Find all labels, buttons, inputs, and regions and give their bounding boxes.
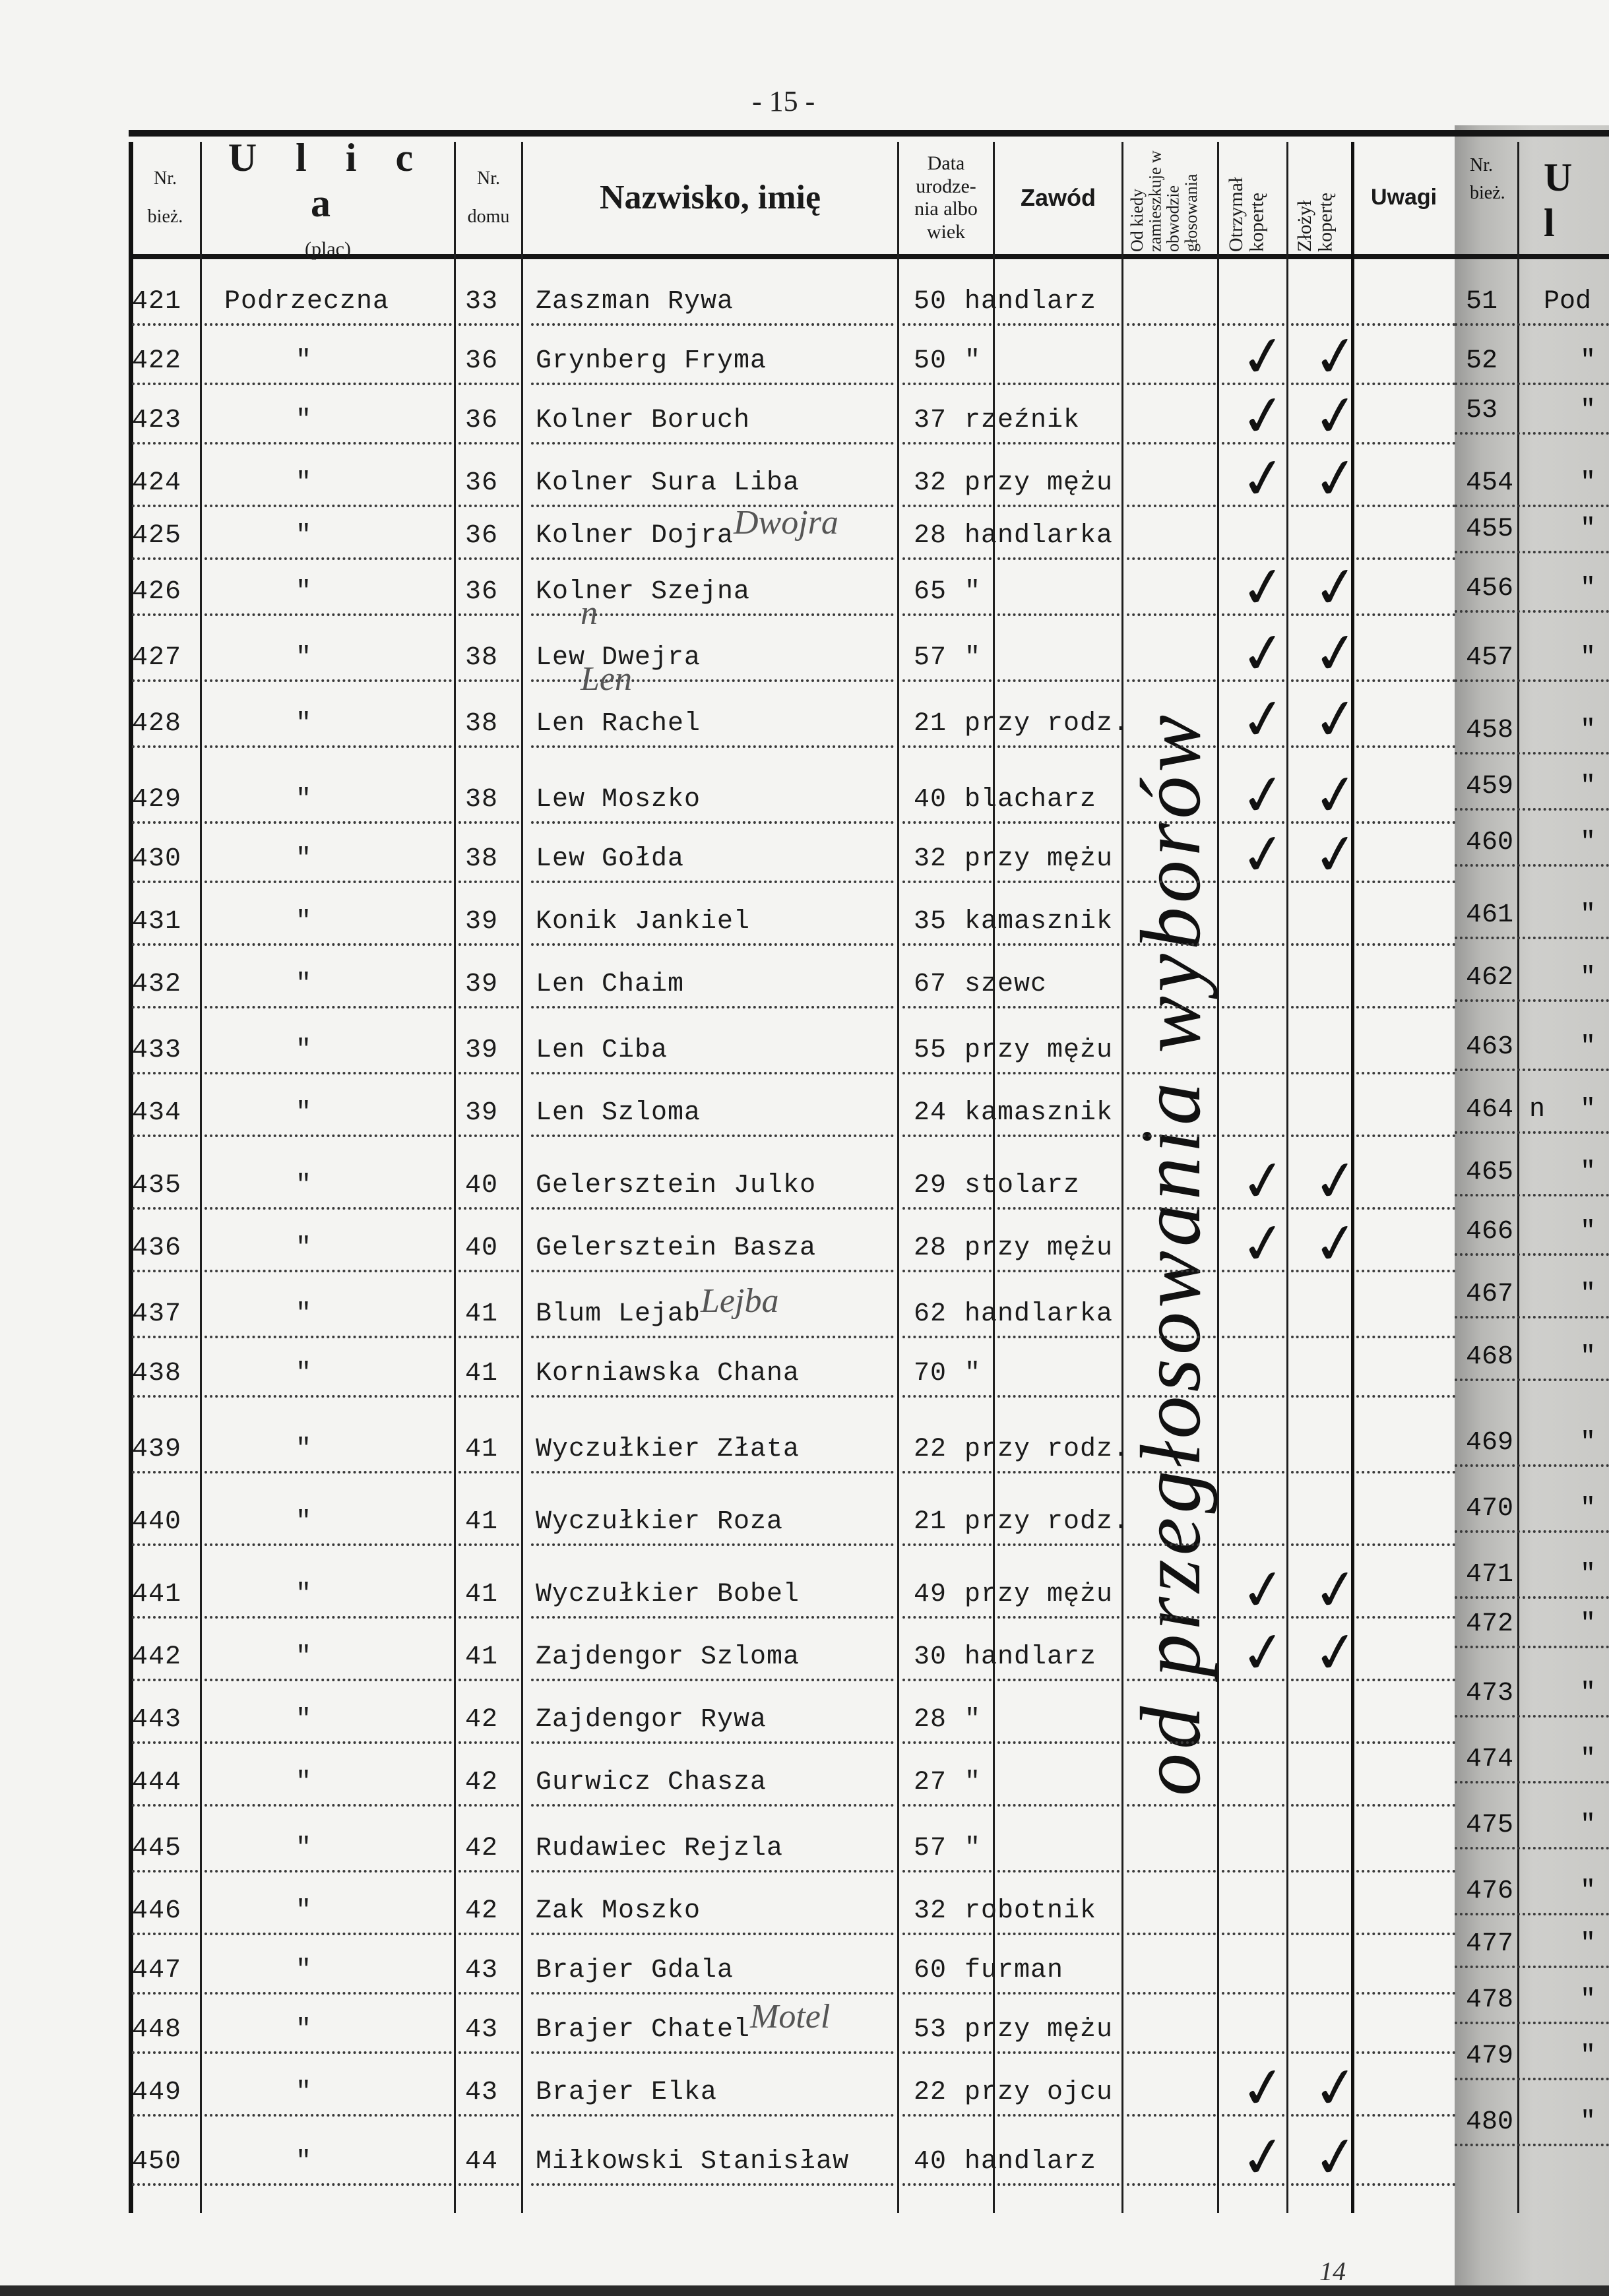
age: 65 [914,577,947,607]
row-separator [1127,881,1216,883]
row-number: 442 [132,1642,181,1672]
adjacent-row-number: 473 [1466,1679,1513,1708]
adjacent-ditto-mark: " [1580,2107,1596,2137]
row-separator [1291,1134,1349,1137]
occupation: handlarka [964,1299,1113,1329]
adjacent-row-number: 480 [1466,2107,1513,2137]
header-otrzymal: Otrzymał kopertę [1226,144,1278,252]
adjacent-row-separator [1455,1847,1609,1849]
row-separator [1127,1679,1216,1681]
row-separator [1127,442,1216,445]
row-separator [132,679,198,682]
submitted-envelope-check-icon: ✓ [1309,819,1364,890]
row-separator [1291,2183,1349,2186]
row-separator [205,2114,452,2117]
table-row: 447"43Brajer Gdala60furman [0,1979,1609,1979]
occupation: przy rodz. [964,1507,1129,1537]
handwritten-footer-mark: 14 [1319,2256,1346,2287]
row-separator [1291,505,1349,507]
row-separator [902,1616,992,1619]
street-name: " [296,1299,312,1329]
row-number: 423 [132,406,181,435]
adjacent-row-separator [1455,1194,1609,1196]
header-uwagi-label: Uwagi [1371,185,1437,210]
received-envelope-check-icon: ✓ [1236,2053,1291,2123]
row-separator [1222,1543,1284,1546]
header-data-line1: Data [928,152,965,175]
row-separator [531,821,894,824]
adjacent-header-ulica: U l [1544,155,1609,246]
table-row: 428"38Len Rachel21przy rodz.Len✓✓ [0,732,1609,733]
row-separator [531,2183,894,2186]
row-separator [458,1006,519,1008]
row-separator [997,881,1120,883]
adjacent-ditto-mark: " [1580,1342,1596,1372]
house-number: 42 [465,1834,498,1863]
row-separator [132,1336,198,1338]
occupation: przy mężu [964,468,1113,498]
age: 55 [914,1036,947,1065]
adjacent-row-separator [1455,1781,1609,1784]
row-separator [205,613,452,616]
row-separator [1127,1207,1216,1210]
occupation: blacharz [964,785,1096,815]
adjacent-ditto-mark: " [1580,1929,1596,1959]
person-name: Brajer Gdala [536,1956,734,1985]
submitted-envelope-check-icon: ✓ [1309,321,1364,392]
street-name: " [296,1435,312,1464]
adjacent-ditto-mark: " [1580,1877,1596,1906]
row-number: 424 [132,468,181,498]
adjacent-row-separator [1455,1596,1609,1599]
row-separator [997,1471,1120,1474]
row-separator [1127,1804,1216,1807]
row-separator [132,383,198,385]
header-uwagi: Uwagi [1354,142,1453,254]
adjacent-nr-label: Nr. [1470,152,1505,179]
adjacent-row-separator [1455,551,1609,553]
adjacent-row-separator [1455,2078,1609,2080]
age: 62 [914,1299,947,1329]
row-separator [531,442,894,445]
row-separator [997,1741,1120,1744]
row-separator [902,2183,992,2186]
adjacent-row-number: 456 [1466,574,1513,604]
street-name: " [296,1507,312,1537]
row-separator [531,1336,894,1338]
age: 32 [914,468,947,498]
row-number: 439 [132,1435,181,1464]
row-separator [205,2183,452,2186]
house-number: 42 [465,1768,498,1797]
table-row: 424"36Kolner Sura Liba32przy mężu✓✓ [0,491,1609,492]
table-row: 435"40Gelersztein Julko29stolarz✓✓ [0,1194,1609,1195]
house-number: 36 [465,577,498,607]
row-separator [458,1804,519,1807]
adjacent-row-separator [1455,1966,1609,1968]
row-separator [458,1072,519,1074]
row-number: 450 [132,2147,181,2177]
age: 21 [914,1507,947,1537]
row-separator [531,1804,894,1807]
house-number: 42 [465,1896,498,1926]
row-separator [902,943,992,946]
row-separator [1127,745,1216,748]
person-name: Kolner Boruch [536,406,750,435]
row-separator [902,442,992,445]
row-separator [902,1207,992,1210]
table-row: 421Podrzeczna33Zaszman Rywa50handlarz [0,310,1609,311]
row-separator [132,1471,198,1474]
row-separator [205,1992,452,1995]
occupation: " [964,643,981,673]
adjacent-row-number: 478 [1466,1985,1513,2015]
adjacent-row-number: 459 [1466,772,1513,801]
page-number: - 15 - [752,84,815,118]
received-envelope-check-icon: ✓ [1236,684,1291,755]
age: 29 [914,1171,947,1200]
row-separator [458,1616,519,1619]
header-ulica-label: U l i c a [202,135,454,226]
row-separator [1127,1543,1216,1546]
row-separator [997,1543,1120,1546]
row-number: 429 [132,785,181,815]
house-number: 40 [465,1171,498,1200]
age: 57 [914,643,947,673]
adjacent-row-number: 475 [1466,1811,1513,1840]
received-envelope-check-icon: ✓ [1236,443,1291,514]
header-data: Data urodze- nia albo wiek [899,142,993,254]
house-number: 36 [465,521,498,551]
table-row: 432"39Len Chaim67szewc [0,993,1609,993]
table-bottom-rule [0,2285,1609,2296]
row-separator [458,1870,519,1873]
row-separator [1291,679,1349,682]
adjacent-row-number: 455 [1466,514,1513,544]
adjacent-ditto-mark: " [1580,1985,1596,2015]
adjacent-row-separator [1455,1530,1609,1533]
row-separator [132,505,198,507]
row-separator [132,1006,198,1008]
street-name: " [296,1834,312,1863]
adjacent-ditto-mark: " [1580,1811,1596,1840]
row-separator [1291,1395,1349,1398]
row-separator [997,1992,1120,1995]
house-number: 36 [465,406,498,435]
adjacent-row-number: 464 [1466,1095,1513,1125]
row-separator [997,1616,1120,1619]
table-row: 448"43Brajer Chatel53przy mężuMotel [0,2038,1609,2039]
row-separator [1356,1992,1455,1995]
row-number: 444 [132,1768,181,1797]
table-row: 436"40Gelersztein Basza28przy mężu✓✓ [0,1257,1609,1257]
row-separator [531,1072,894,1074]
header-data-line4: wiek [927,221,965,244]
row-separator [902,1395,992,1398]
row-separator [1356,1616,1455,1619]
row-separator [1356,943,1455,946]
adjacent-row-separator [1455,383,1609,385]
row-separator [205,1543,452,1546]
received-envelope-check-icon: ✓ [1236,819,1291,890]
row-separator [132,557,198,560]
street-name: " [296,1233,312,1263]
row-separator [902,679,992,682]
received-envelope-check-icon: ✓ [1236,1617,1291,1688]
row-separator [1291,1471,1349,1474]
adjacent-row-number: 479 [1466,2041,1513,2071]
row-separator [1222,1933,1284,1935]
row-separator [902,323,992,326]
row-separator [997,1395,1120,1398]
row-separator [458,943,519,946]
street-name: " [296,1768,312,1797]
row-separator [1127,1616,1216,1619]
row-separator [531,745,894,748]
adjacent-row-separator [1455,937,1609,939]
row-separator [132,1616,198,1619]
row-separator [1356,1072,1455,1074]
house-number: 41 [465,1359,498,1388]
row-separator [997,323,1120,326]
row-separator [902,1471,992,1474]
table-row: 438"41Korniawska Chana70" [0,1382,1609,1382]
table-row: 440"41Wyczułkier Roza21przy rodz. [0,1530,1609,1531]
occupation: " [964,577,981,607]
row-number: 448 [132,2015,181,2045]
row-separator [1291,1870,1349,1873]
row-separator [902,1336,992,1338]
row-separator [205,1471,452,1474]
occupation: przy mężu [964,1580,1113,1609]
row-separator [997,1870,1120,1873]
occupation: robotnik [964,1896,1096,1926]
received-envelope-check-icon: ✓ [1236,1555,1291,1625]
house-number: 38 [465,709,498,739]
adjacent-row-number: 51 [1466,287,1498,317]
row-number: 425 [132,521,181,551]
adjacent-row-separator [1455,1913,1609,1915]
occupation: handlarka [964,521,1113,551]
row-separator [205,745,452,748]
row-separator [458,745,519,748]
row-separator [458,383,519,385]
row-number: 437 [132,1299,181,1329]
row-separator [458,1207,519,1210]
row-separator [1356,1207,1455,1210]
header-nazwisko: Nazwisko, imię [523,142,897,254]
row-separator [997,383,1120,385]
table-row: 439"41Wyczułkier Złata22przy rodz. [0,1458,1609,1458]
row-separator [132,1270,198,1272]
row-separator [132,1395,198,1398]
row-separator [205,2051,452,2054]
row-separator [1222,1471,1284,1474]
age: 30 [914,1642,947,1672]
person-name: Gurwicz Chasza [536,1768,767,1797]
house-number: 43 [465,2078,498,2107]
adjacent-row-number: 454 [1466,468,1513,498]
row-separator [531,1616,894,1619]
adjacent-page [1455,125,1609,2296]
age: 70 [914,1359,947,1388]
row-separator [1356,505,1455,507]
row-separator [902,2114,992,2117]
row-separator [458,2114,519,2117]
row-separator [1291,1543,1349,1546]
header-zlozyl: Złożył kopertę [1294,144,1347,252]
row-separator [997,1207,1120,1210]
received-envelope-check-icon: ✓ [1236,381,1291,451]
row-separator [458,505,519,507]
row-separator [132,1741,198,1744]
submitted-envelope-check-icon: ✓ [1309,1146,1364,1216]
header-zawod: Zawód [995,142,1121,254]
age: 60 [914,1956,947,1985]
header-nazwisko-label: Nazwisko, imię [600,178,821,218]
age: 40 [914,785,947,815]
row-separator [902,1072,992,1074]
row-separator [1291,1741,1349,1744]
row-separator [1356,1336,1455,1338]
adjacent-row-number: 472 [1466,1609,1513,1639]
row-separator [997,1270,1120,1272]
person-name: Gelersztein Basza [536,1233,816,1263]
row-separator [132,323,198,326]
house-number: 33 [465,287,498,317]
occupation: przy mężu [964,844,1113,874]
person-name: Wyczułkier Roza [536,1507,783,1537]
row-separator [205,679,452,682]
row-separator [1127,943,1216,946]
table-row: 450"44Miłkowski Stanisław40handlarz✓✓ [0,2170,1609,2171]
row-separator [1222,613,1284,616]
occupation: przy mężu [964,1233,1113,1263]
row-separator [1291,613,1349,616]
row-separator [531,1741,894,1744]
row-separator [1356,1679,1455,1681]
header-biez-label: bież. [148,206,183,228]
adjacent-row-number: 466 [1466,1217,1513,1247]
row-number: 445 [132,1834,181,1863]
table-row: 425"36Kolner Dojra28handlarkaDwojra [0,544,1609,545]
person-name: Kolner Sura Liba [536,468,800,498]
adjacent-ditto-mark: " [1580,716,1596,745]
submitted-envelope-check-icon: ✓ [1309,2122,1364,2192]
row-separator [531,881,894,883]
street-name: " [296,1098,312,1128]
age: 22 [914,2078,947,2107]
table-row: 430"38Lew Gołda32przy mężu✓✓ [0,867,1609,868]
row-separator [1127,1471,1216,1474]
age: 50 [914,346,947,376]
occupation: " [964,1768,981,1797]
row-separator [205,881,452,883]
person-name: Lew Gołda [536,844,684,874]
row-separator [458,881,519,883]
row-separator [132,1933,198,1935]
occupation: rzeźnik [964,406,1080,435]
adjacent-note: n [1529,1095,1545,1125]
row-separator [997,1006,1120,1008]
adjacent-ditto-mark: " [1580,1745,1596,1774]
header-plac-label: (plac) [305,238,351,261]
row-separator [205,1741,452,1744]
adjacent-ditto-mark: " [1580,1609,1596,1639]
age: 24 [914,1098,947,1128]
row-separator [132,1870,198,1873]
adjacent-row-separator [1455,752,1609,755]
age: 28 [914,1233,947,1263]
row-separator [1127,2183,1216,2186]
row-separator [1222,1679,1284,1681]
house-number: 39 [465,907,498,937]
row-number: 436 [132,1233,181,1263]
row-separator [1127,1870,1216,1873]
street-name: " [296,1956,312,1985]
table-row: 442"41Zajdengor Szloma30handlarz✓✓ [0,1665,1609,1666]
row-separator [1356,323,1455,326]
row-separator [997,1933,1120,1935]
adjacent-row-separator [1455,1379,1609,1381]
adjacent-row-number: 460 [1466,828,1513,857]
row-separator [1222,745,1284,748]
row-separator [1356,1395,1455,1398]
row-separator [997,505,1120,507]
table-row: 422"36Grynberg Fryma50"✓✓ [0,369,1609,370]
row-separator [997,745,1120,748]
row-separator [902,821,992,824]
row-separator [1291,745,1349,748]
row-separator [1222,1134,1284,1137]
age: 67 [914,970,947,999]
row-separator [458,1134,519,1137]
row-separator [132,943,198,946]
street-name: Podrzeczna [224,287,389,317]
adjacent-ditto-mark: " [1580,574,1596,604]
row-separator [1222,505,1284,507]
row-separator [531,323,894,326]
street-name: " [296,1171,312,1200]
submitted-envelope-check-icon: ✓ [1309,760,1364,830]
person-name: Wyczułkier Bobel [536,1580,800,1609]
table-row: 437"41Blum Lejab62handlarkaLejba [0,1322,1609,1323]
person-name: Len Szloma [536,1098,701,1128]
row-separator [132,1679,198,1681]
row-number: 431 [132,907,181,937]
handwritten-vertical-note: od przegłosowania wyborów [1121,330,1220,2177]
row-separator [1356,2051,1455,2054]
street-name: " [296,643,312,673]
house-number: 39 [465,1098,498,1128]
street-name: " [296,521,312,551]
adjacent-row-number: 458 [1466,716,1513,745]
row-separator [1127,505,1216,507]
adjacent-row-separator [1455,2144,1609,2146]
row-separator [458,323,519,326]
occupation: handlarz [964,287,1096,317]
row-separator [1291,943,1349,946]
row-separator [1291,2114,1349,2117]
row-separator [205,1006,452,1008]
adjacent-street-name: Pod [1544,287,1591,317]
age: 49 [914,1580,947,1609]
row-separator [1356,679,1455,682]
row-separator [1291,2051,1349,2054]
row-separator [1291,442,1349,445]
row-separator [997,2051,1120,2054]
row-separator [1291,1933,1349,1935]
